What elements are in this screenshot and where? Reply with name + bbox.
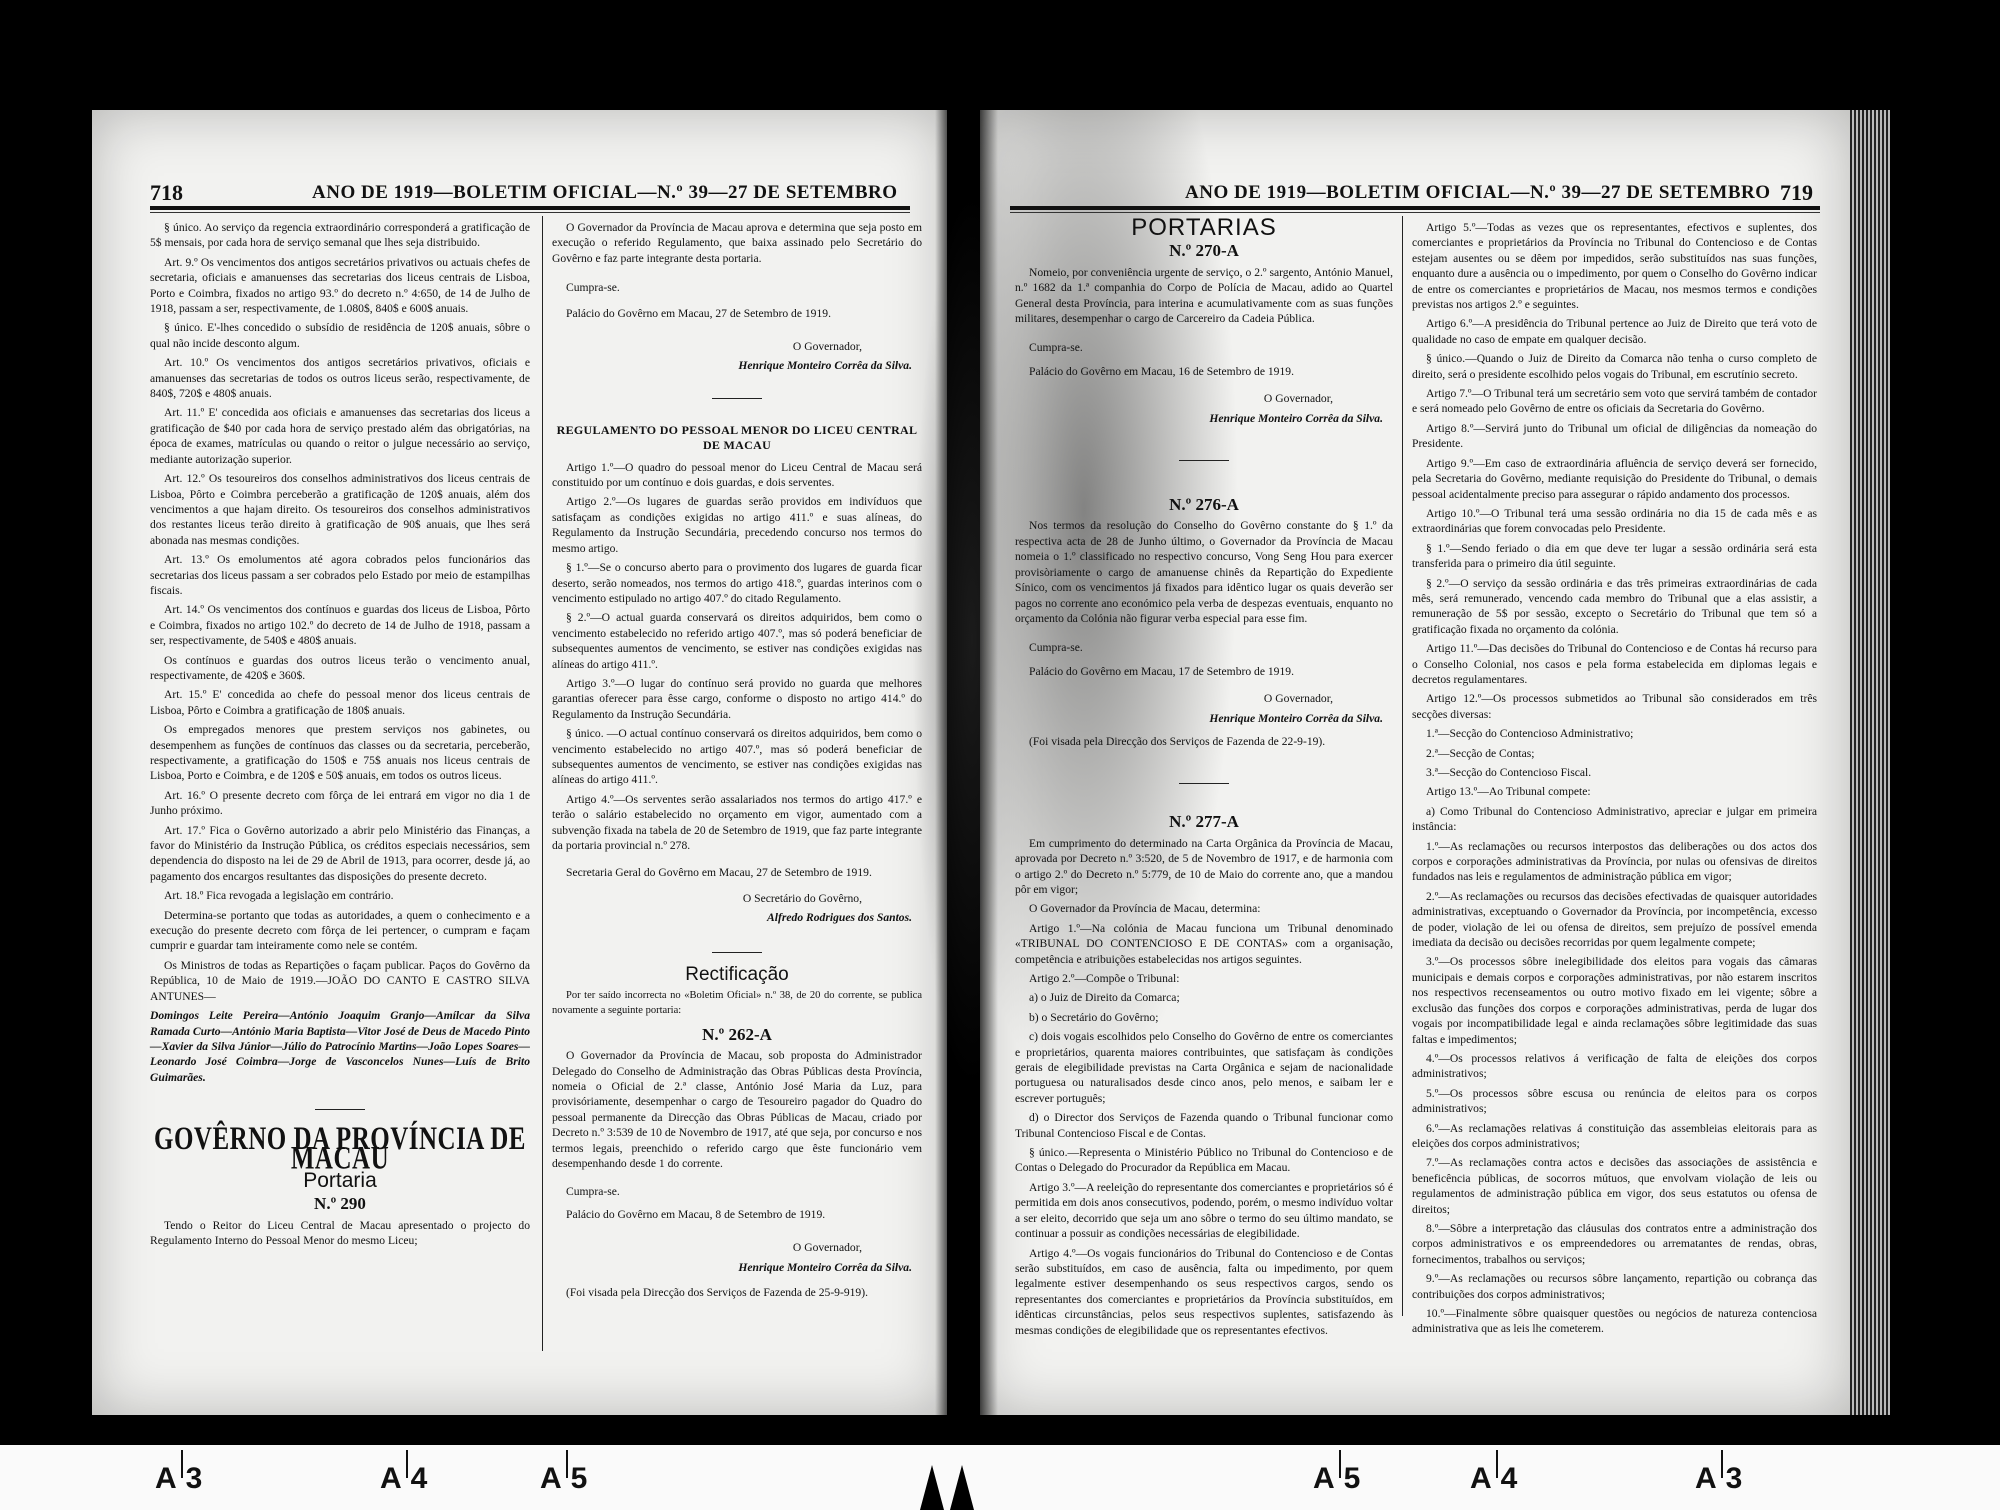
decree-paragraph: Art. 18.º Fica revogada a legislação em … <box>150 888 530 903</box>
n262-signer-title: O Governador, <box>552 1240 922 1255</box>
column-divider <box>1402 216 1403 1316</box>
decree-paragraph: Os Ministros de todas as Repartições o f… <box>150 958 530 1004</box>
decree-paragraph: § único. E'-lhes concedido o subsídio de… <box>150 320 530 351</box>
n277-paragraph: O Governador da Província de Macau, dete… <box>1015 901 1393 916</box>
right-page-column-2: Artigo 5.º—Todas as vezes que os represe… <box>1412 220 1817 1341</box>
page-edges <box>1850 110 1890 1415</box>
tribunal-article: 8.º—Sôbre a interpretação das cláusulas … <box>1412 1221 1817 1267</box>
tribunal-article: 3.º—Os processos sôbre inelegibilidade d… <box>1412 954 1817 1046</box>
decree-paragraph: Art. 17.º Fica o Govêrno autorizado a ab… <box>150 823 530 885</box>
secretaria-date: Secretaria Geral do Govêrno em Macau, 27… <box>552 865 922 880</box>
tribunal-article: a) Como Tribunal do Contencioso Administ… <box>1412 804 1817 835</box>
decree-paragraph: Determina-se portanto que todas as autor… <box>150 908 530 954</box>
n277-body: Em cumprimento do determinado na Carta O… <box>1015 836 1393 1338</box>
running-head-left: ANO DE 1919—BOLETIM OFICIAL—N.º 39—27 DE… <box>312 182 898 204</box>
decree-paragraph: Art. 10.º Os vencimentos dos antigos sec… <box>150 355 530 401</box>
header-rule-thin <box>150 212 910 213</box>
decree-paragraph: Art. 14.º Os vencimentos dos contínuos e… <box>150 602 530 648</box>
decree-paragraph: Art. 12.º Os tesoureiros dos conselhos a… <box>150 471 530 548</box>
secretary-title: O Secretário do Govêrno, <box>552 891 922 906</box>
running-head-right: ANO DE 1919—BOLETIM OFICIAL—N.º 39—27 DE… <box>1185 182 1771 204</box>
header-rule-thin <box>1010 212 1820 213</box>
page-number-left: 718 <box>150 180 183 206</box>
separator-rule <box>1179 460 1229 461</box>
cumpra-se: Cumpra-se. <box>552 280 922 295</box>
tribunal-article: 1.º—As reclamações ou recursos interpost… <box>1412 839 1817 885</box>
page-number-right: 719 <box>1780 180 1813 206</box>
n277-paragraph: d) o Director dos Serviços de Fazenda qu… <box>1015 1110 1393 1141</box>
separator-rule <box>712 398 762 399</box>
signer-title: O Governador, <box>552 339 922 354</box>
government-heading: GOVÊRNO DA PROVÍNCIA DE MACAU <box>150 1130 530 1170</box>
regulamento-article: § 2.º—O actual guarda conservará os dire… <box>552 610 922 672</box>
n277-paragraph: § único.—Representa o Ministério Público… <box>1015 1145 1393 1176</box>
tribunal-article: § 2.º—O serviço da sessão ordinária e da… <box>1412 576 1817 638</box>
n277-paragraph: Em cumprimento do determinado na Carta O… <box>1015 836 1393 898</box>
tribunal-article: Artigo 9.º—Em caso de extraordinária afl… <box>1412 456 1817 502</box>
gutter-notch <box>920 1465 944 1510</box>
decree-paragraph: Art. 13.º Os emolumentos até agora cobra… <box>150 552 530 598</box>
n276-heading: N.º 276-A <box>1015 497 1393 512</box>
decree-paragraph: Art. 15.º E' concedida ao chefe do pesso… <box>150 687 530 718</box>
regulamento-article: Artigo 3.º—O lugar do contínuo será prov… <box>552 676 922 722</box>
n262-date: Palácio do Govêrno em Macau, 8 de Setemb… <box>552 1207 922 1222</box>
film-frame-mark: A4 <box>380 1462 428 1496</box>
n277-paragraph: a) o Juiz de Direito da Comarca; <box>1015 990 1393 1005</box>
tribunal-article: 2.ª—Secção de Contas; <box>1412 746 1817 761</box>
tribunal-article: Artigo 8.º—Servirá junto do Tribunal um … <box>1412 421 1817 452</box>
n277-heading: N.º 277-A <box>1015 814 1393 829</box>
book-gutter <box>957 1240 960 1460</box>
decree-paragraph: § único. Ao serviço da regencia extraord… <box>150 220 530 251</box>
regulamento-article: § 1.º—Se o concurso aberto para o provim… <box>552 560 922 606</box>
film-frame-mark: A5 <box>1313 1462 1361 1496</box>
tribunal-article: Artigo 13.º—Ao Tribunal compete: <box>1412 784 1817 799</box>
n276-cumpra: Cumpra-se. <box>1015 640 1393 655</box>
n277-paragraph: Artigo 3.º—A reeleição do representante … <box>1015 1180 1393 1242</box>
decree-paragraph: Os empregados menores que prestem serviç… <box>150 722 530 784</box>
regulamento-article: Artigo 2.º—Os lugares de guardas serão p… <box>552 494 922 556</box>
film-frame-mark: A3 <box>155 1462 203 1496</box>
secretary-name: Alfredo Rodrigues dos Santos. <box>552 910 922 925</box>
n277-paragraph: b) o Secretário do Govêrno; <box>1015 1010 1393 1025</box>
tribunal-article: 5.º—Os processos sôbre escusa ou renúnci… <box>1412 1086 1817 1117</box>
n277-paragraph: Artigo 2.º—Compõe o Tribunal: <box>1015 971 1393 986</box>
n262-signer-name: Henrique Monteiro Corrêa da Silva. <box>552 1260 922 1275</box>
n276-date: Palácio do Govêrno em Macau, 17 de Setem… <box>1015 664 1393 679</box>
regulamento-article: Artigo 4.º—Os serventes serão assalariad… <box>552 792 922 854</box>
film-frame-mark: A5 <box>540 1462 588 1496</box>
n270-date: Palácio do Govêrno em Macau, 16 de Setem… <box>1015 364 1393 379</box>
n262-cumpra: Cumpra-se. <box>552 1184 922 1199</box>
gutter-notch <box>950 1465 974 1510</box>
separator-rule <box>315 1109 365 1110</box>
rectificacao-intro: Por ter saído incorrecta no «Boletim Ofi… <box>552 988 922 1019</box>
film-frame-mark: A3 <box>1695 1462 1743 1496</box>
right-page: ANO DE 1919—BOLETIM OFICIAL—N.º 39—27 DE… <box>980 110 1850 1415</box>
separator-rule <box>1179 783 1229 784</box>
signer-name: Henrique Monteiro Corrêa da Silva. <box>552 358 922 373</box>
tribunal-article: 10.º—Finalmente sôbre quaisquer questões… <box>1412 1306 1817 1337</box>
n270-text: Nomeio, por conveniência urgente de serv… <box>1015 265 1393 327</box>
tribunal-article: 1.ª—Secção do Contencioso Administrativo… <box>1412 726 1817 741</box>
header-rule <box>150 206 910 210</box>
n270-cumpra: Cumpra-se. <box>1015 340 1393 355</box>
tribunal-article: 2.º—As reclamações ou recursos das decis… <box>1412 889 1817 951</box>
n270-heading: N.º 270-A <box>1015 243 1393 258</box>
n262-text: O Governador da Província de Macau, sob … <box>552 1048 922 1171</box>
header-rule <box>1010 206 1820 210</box>
regulamento-article: § único. —O actual contínuo conservará o… <box>552 726 922 788</box>
portaria-290-text: Tendo o Reitor do Liceu Central de Macau… <box>150 1218 530 1249</box>
tribunal-article: Artigo 6.º—A presidência do Tribunal per… <box>1412 316 1817 347</box>
n277-paragraph: Artigo 4.º—Os vogais funcionários do Tri… <box>1015 1246 1393 1338</box>
decree-paragraph: Art. 9.º Os vencimentos dos antigos secr… <box>150 255 530 317</box>
tribunal-article: 7.º—As reclamações contra actos e decisõ… <box>1412 1155 1817 1217</box>
n276-signer-title: O Governador, <box>1015 691 1393 706</box>
n262-visa: (Foi visada pela Direcção dos Serviços d… <box>552 1285 922 1300</box>
regulamento-articles: Artigo 1.º—O quadro do pessoal menor do … <box>552 460 922 854</box>
left-page: 718 ANO DE 1919—BOLETIM OFICIAL—N.º 39—2… <box>92 110 947 1415</box>
n276-visa: (Foi visada pela Direcção dos Serviços d… <box>1015 734 1393 749</box>
ministers-signatures: Domingos Leite Pereira—António Joaquim G… <box>150 1008 530 1085</box>
tribunal-article: 9.º—As reclamações ou recursos sôbre lan… <box>1412 1271 1817 1302</box>
n270-signer-name: Henrique Monteiro Corrêa da Silva. <box>1015 411 1393 426</box>
decree-paragraph: Art. 16.º O presente decreto com fôrça d… <box>150 788 530 819</box>
tribunal-article: Artigo 5.º—Todas as vezes que os represe… <box>1412 220 1817 312</box>
tribunal-article: Artigo 7.º—O Tribunal terá um secretário… <box>1412 386 1817 417</box>
n262-heading: N.º 262-A <box>552 1027 922 1042</box>
tribunal-article: § único.—Quando o Juiz de Direito da Com… <box>1412 351 1817 382</box>
tribunal-article: 3.ª—Secção do Contencioso Fiscal. <box>1412 765 1817 780</box>
n276-text: Nos termos da resolução do Conselho do G… <box>1015 518 1393 626</box>
portaria-number: N.º 290 <box>150 1196 530 1211</box>
regulamento-title: REGULAMENTO DO PESSOAL MENOR DO LICEU CE… <box>552 423 922 454</box>
portarias-heading: PORTARIAS <box>1015 220 1393 235</box>
decree-paragraph: Art. 11.º E' concedida aos oficiais e am… <box>150 405 530 467</box>
n270-signer-title: O Governador, <box>1015 391 1393 406</box>
film-frame-mark: A4 <box>1470 1462 1518 1496</box>
n277-paragraph: Artigo 1.º—Na colónia de Macau funciona … <box>1015 921 1393 967</box>
tribunal-article: Artigo 10.º—O Tribunal terá uma sessão o… <box>1412 506 1817 537</box>
tribunal-article: 6.º—As reclamações relativas á constitui… <box>1412 1121 1817 1152</box>
n277-paragraph: c) dois vogais escolhidos pelo Conselho … <box>1015 1029 1393 1106</box>
decree-paragraph: Os contínuos e guardas dos outros liceus… <box>150 653 530 684</box>
tribunal-article: Artigo 12.º—Os processos submetidos ao T… <box>1412 691 1817 722</box>
column-divider <box>542 216 543 1351</box>
tribunal-article: Artigo 11.º—Das decisões do Tribunal do … <box>1412 641 1817 687</box>
n276-signer-name: Henrique Monteiro Corrêa da Silva. <box>1015 711 1393 726</box>
regulamento-article: Artigo 1.º—O quadro do pessoal menor do … <box>552 460 922 491</box>
right-page-column-1: PORTARIAS N.º 270-A Nomeio, por conveniê… <box>1015 220 1393 1342</box>
tribunal-article: 4.º—Os processos relativos á verificação… <box>1412 1051 1817 1082</box>
left-page-column-2: O Governador da Província de Macau aprov… <box>552 220 922 1305</box>
portaria-290-approval: O Governador da Província de Macau aprov… <box>552 220 922 266</box>
left-page-column-1: § único. Ao serviço da regencia extraord… <box>150 220 530 1253</box>
palace-date: Palácio do Govêrno em Macau, 27 de Setem… <box>552 306 922 321</box>
tribunal-article: § 1.º—Sendo feriado o dia em que deve te… <box>1412 541 1817 572</box>
separator-rule <box>712 952 762 953</box>
rectificacao-heading: Rectificação <box>552 967 922 982</box>
